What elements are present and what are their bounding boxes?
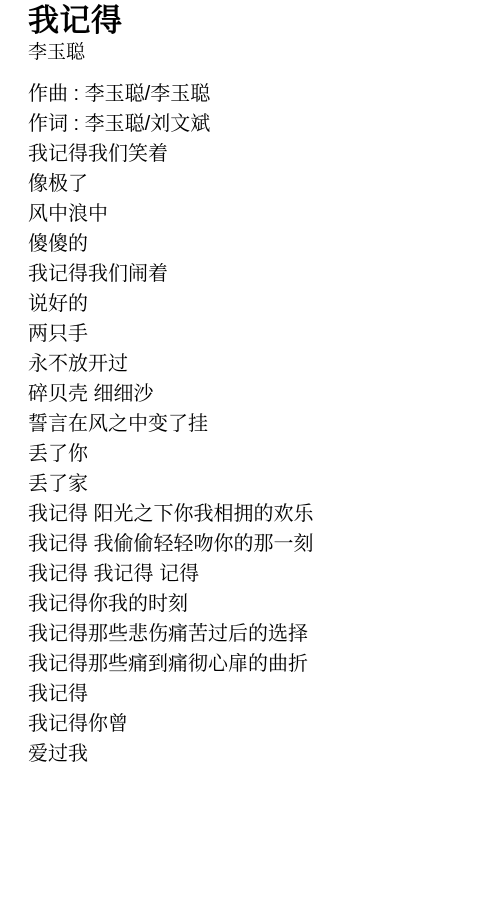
lyrics-page: 我记得 李玉聪 作曲 : 李玉聪/李玉聪作词 : 李玉聪/刘文斌我记得我们笑着像…: [0, 0, 500, 910]
lyric-line: 傻傻的: [28, 229, 472, 259]
lyric-line: 我记得 我记得 记得: [28, 559, 472, 589]
lyric-line: 作词 : 李玉聪/刘文斌: [28, 109, 472, 139]
lyric-line: 我记得我们笑着: [28, 139, 472, 169]
lyric-line: 我记得我们闹着: [28, 259, 472, 289]
page-title: 我记得: [28, 2, 472, 39]
lyric-line: 我记得那些悲伤痛苦过后的选择: [28, 619, 472, 649]
lyric-line: 我记得 我偷偷轻轻吻你的那一刻: [28, 529, 472, 559]
lyric-line: 我记得: [28, 679, 472, 709]
lyric-line: 永不放开过: [28, 349, 472, 379]
lyric-line: 誓言在风之中变了挂: [28, 409, 472, 439]
lyric-line: 碎贝壳 细细沙: [28, 379, 472, 409]
lyric-line: 我记得你我的时刻: [28, 589, 472, 619]
lyric-line: 丢了家: [28, 469, 472, 499]
lyric-line: 爱过我: [28, 739, 472, 769]
lyric-line: 丢了你: [28, 439, 472, 469]
lyrics-content: 我记得 李玉聪 作曲 : 李玉聪/李玉聪作词 : 李玉聪/刘文斌我记得我们笑着像…: [0, 0, 500, 769]
lyric-line: 两只手: [28, 319, 472, 349]
lyric-line: 我记得那些痛到痛彻心扉的曲折: [28, 649, 472, 679]
lyric-line: 我记得 阳光之下你我相拥的欢乐: [28, 499, 472, 529]
lyric-line: 我记得你曾: [28, 709, 472, 739]
artist-name: 李玉聪: [28, 39, 472, 67]
lyric-line: 作曲 : 李玉聪/李玉聪: [28, 79, 472, 109]
lyric-line: 像极了: [28, 169, 472, 199]
lyrics-list: 作曲 : 李玉聪/李玉聪作词 : 李玉聪/刘文斌我记得我们笑着像极了风中浪中傻傻…: [28, 79, 472, 769]
lyric-line: 风中浪中: [28, 199, 472, 229]
lyric-line: 说好的: [28, 289, 472, 319]
